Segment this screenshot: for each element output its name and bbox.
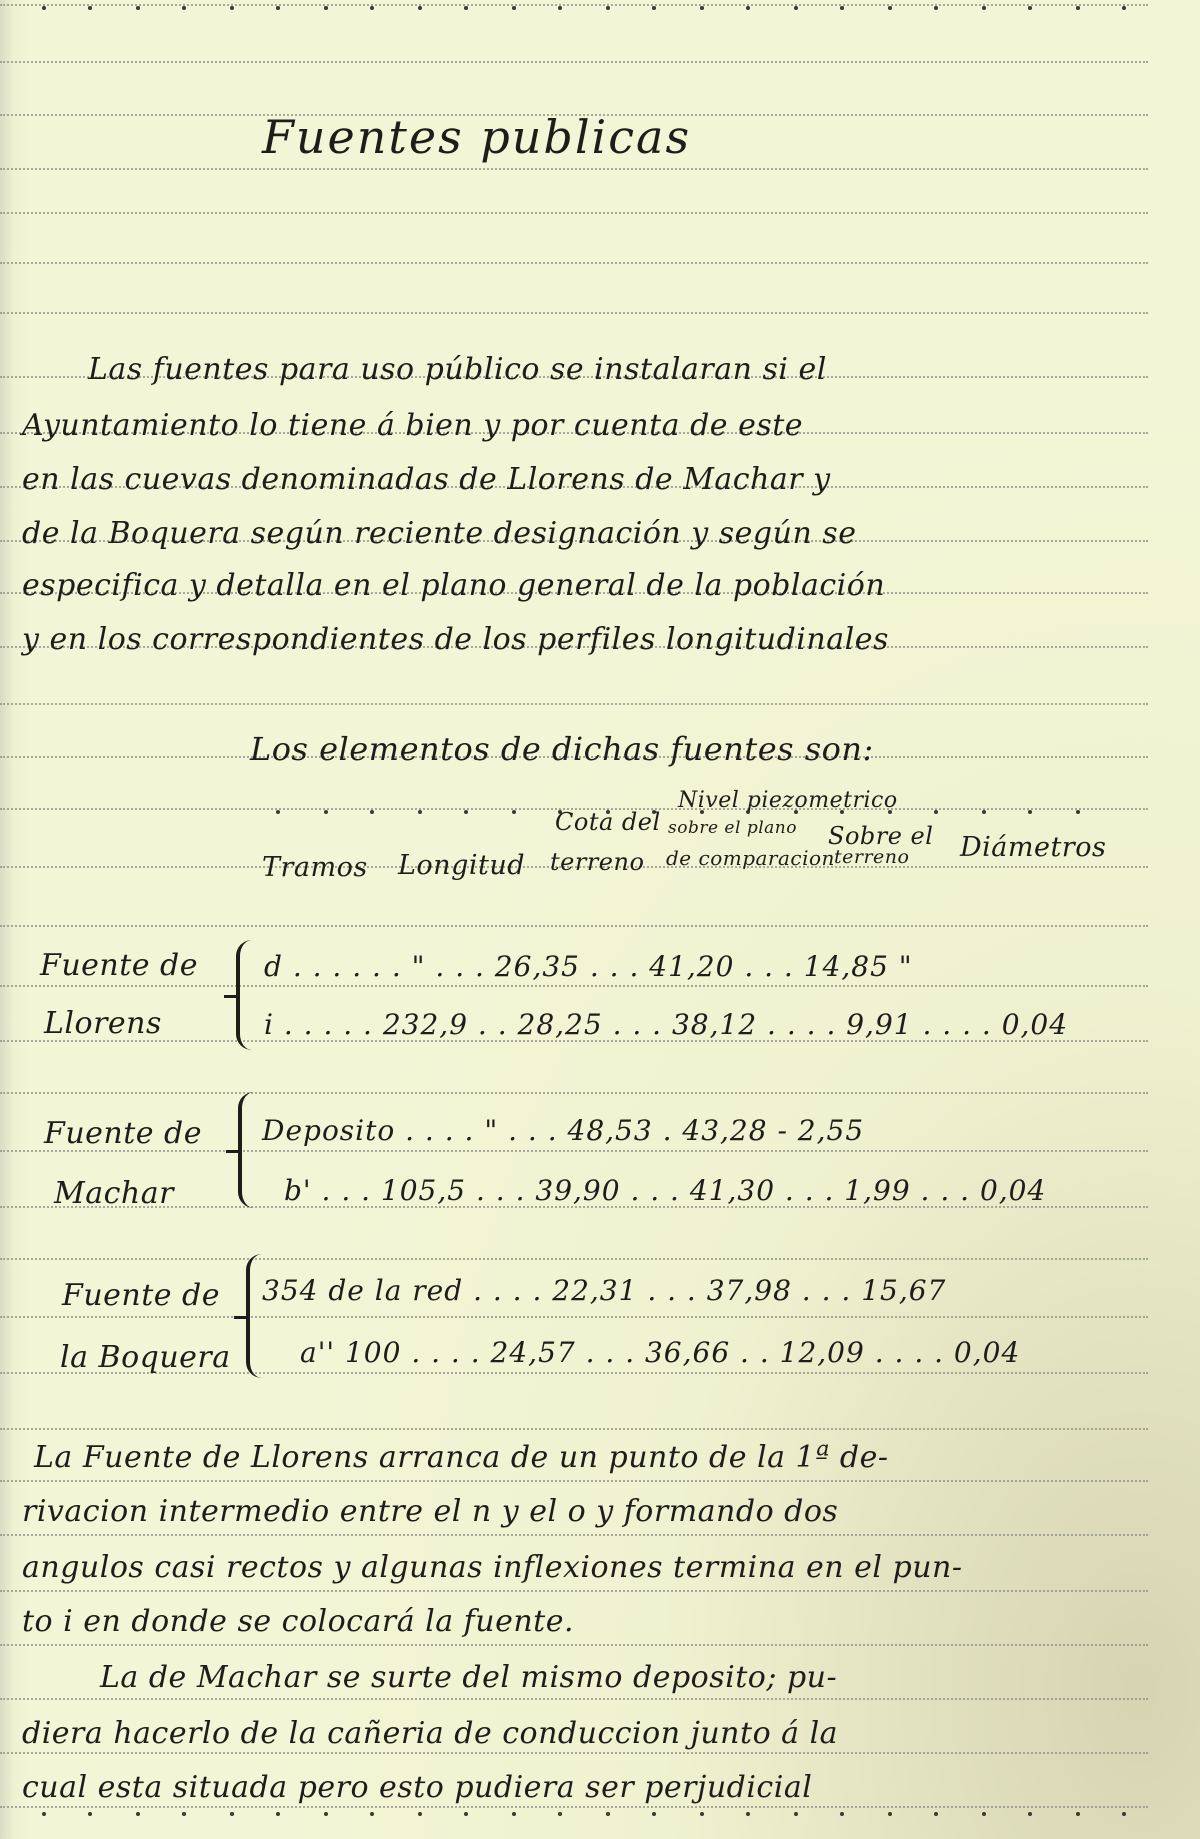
closing-line: La de Machar se surte del mismo deposito… [100,1660,837,1695]
ruled-line [0,1534,1148,1536]
header-terreno-2: terreno [834,846,909,868]
ruled-line [0,1590,1148,1592]
brace [246,1254,272,1378]
ruled-line [0,1428,1148,1430]
page-title: Fuentes publicas [262,110,691,164]
table-row: d . . . . . . " . . . 26,35 . . . 41,20 … [264,950,913,983]
ruled-line [0,312,1148,314]
ruled-line [0,1698,1148,1700]
group-label-machar: Fuente de [44,1116,202,1151]
header-longitud: Longitud [398,850,525,881]
table-row: i . . . . . 232,9 . . 28,25 . . . 38,12 … [264,1008,1068,1041]
group-label-boquera: Fuente de [62,1278,220,1313]
table-row: 354 de la red . . . . 22,31 . . . 37,98 … [262,1274,946,1307]
ruled-line [0,985,1148,987]
intro-line: Las fuentes para uso público se instalar… [88,352,827,387]
ruled-line [0,925,1148,927]
closing-line: rivacion intermedio entre el n y el o y … [22,1494,838,1529]
group-label-machar-2: Machar [54,1176,174,1211]
ruled-line [0,168,1148,170]
group-label-llorens: Fuente de [40,948,198,983]
ruled-line [0,1644,1148,1646]
closing-line: diera hacerlo de la cañeria de conduccio… [22,1716,838,1751]
ruled-line [0,703,1148,705]
closing-line: angulos casi rectos y algunas inflexione… [22,1550,962,1585]
dot-row [0,6,1148,10]
ruled-line [0,1480,1148,1482]
header-terreno: terreno [550,848,644,876]
table-row: Deposito . . . . " . . . 48,53 . 43,28 -… [262,1114,864,1147]
ruled-line [0,1752,1148,1754]
header-tramos: Tramos [262,852,368,883]
ruled-line [0,1316,1148,1318]
intro-line: y en los correspondientes de los perfile… [22,622,889,657]
group-label-llorens-2: Llorens [44,1006,162,1041]
intro-line: Ayuntamiento lo tiene á bien y por cuent… [22,408,803,443]
ruled-line [0,262,1148,264]
notebook-page: Fuentes publicas Las fuentes para uso pú… [0,0,1200,1839]
intro-line: de la Boquera según reciente designación… [22,516,856,551]
ruled-line [0,1258,1148,1260]
brace [238,1092,264,1208]
dot-row [0,1812,1148,1816]
ruled-line [0,212,1148,214]
brace [236,940,262,1050]
ruled-line [0,1092,1148,1094]
header-diametros: Diámetros [960,832,1106,863]
header-comparacion: de comparacion [666,846,835,870]
closing-line: to i en donde se colocará la fuente. [22,1604,574,1639]
closing-line: La Fuente de Llorens arranca de un punto… [34,1440,888,1475]
header-sobre-plano: sobre el plano [668,818,797,838]
intro-line: en las cuevas denominadas de Llorens de … [22,462,831,497]
ruled-line [0,61,1148,63]
table-row: b' . . . 105,5 . . . 39,90 . . . 41,30 .… [284,1174,1046,1207]
table-intro: Los elementos de dichas fuentes son: [250,730,874,768]
header-nivel-piezometrico: Nivel piezometrico [678,788,898,813]
intro-line: especifica y detalla en el plano general… [22,568,885,603]
group-label-boquera-2: la Boquera [60,1340,231,1375]
closing-line: cual esta situada pero esto pudiera ser … [22,1770,812,1805]
header-cota-top: Cota del [555,808,661,836]
table-row: a'' 100 . . . . 24,57 . . . 36,66 . . 12… [300,1336,1020,1369]
ruled-line [0,1806,1148,1808]
